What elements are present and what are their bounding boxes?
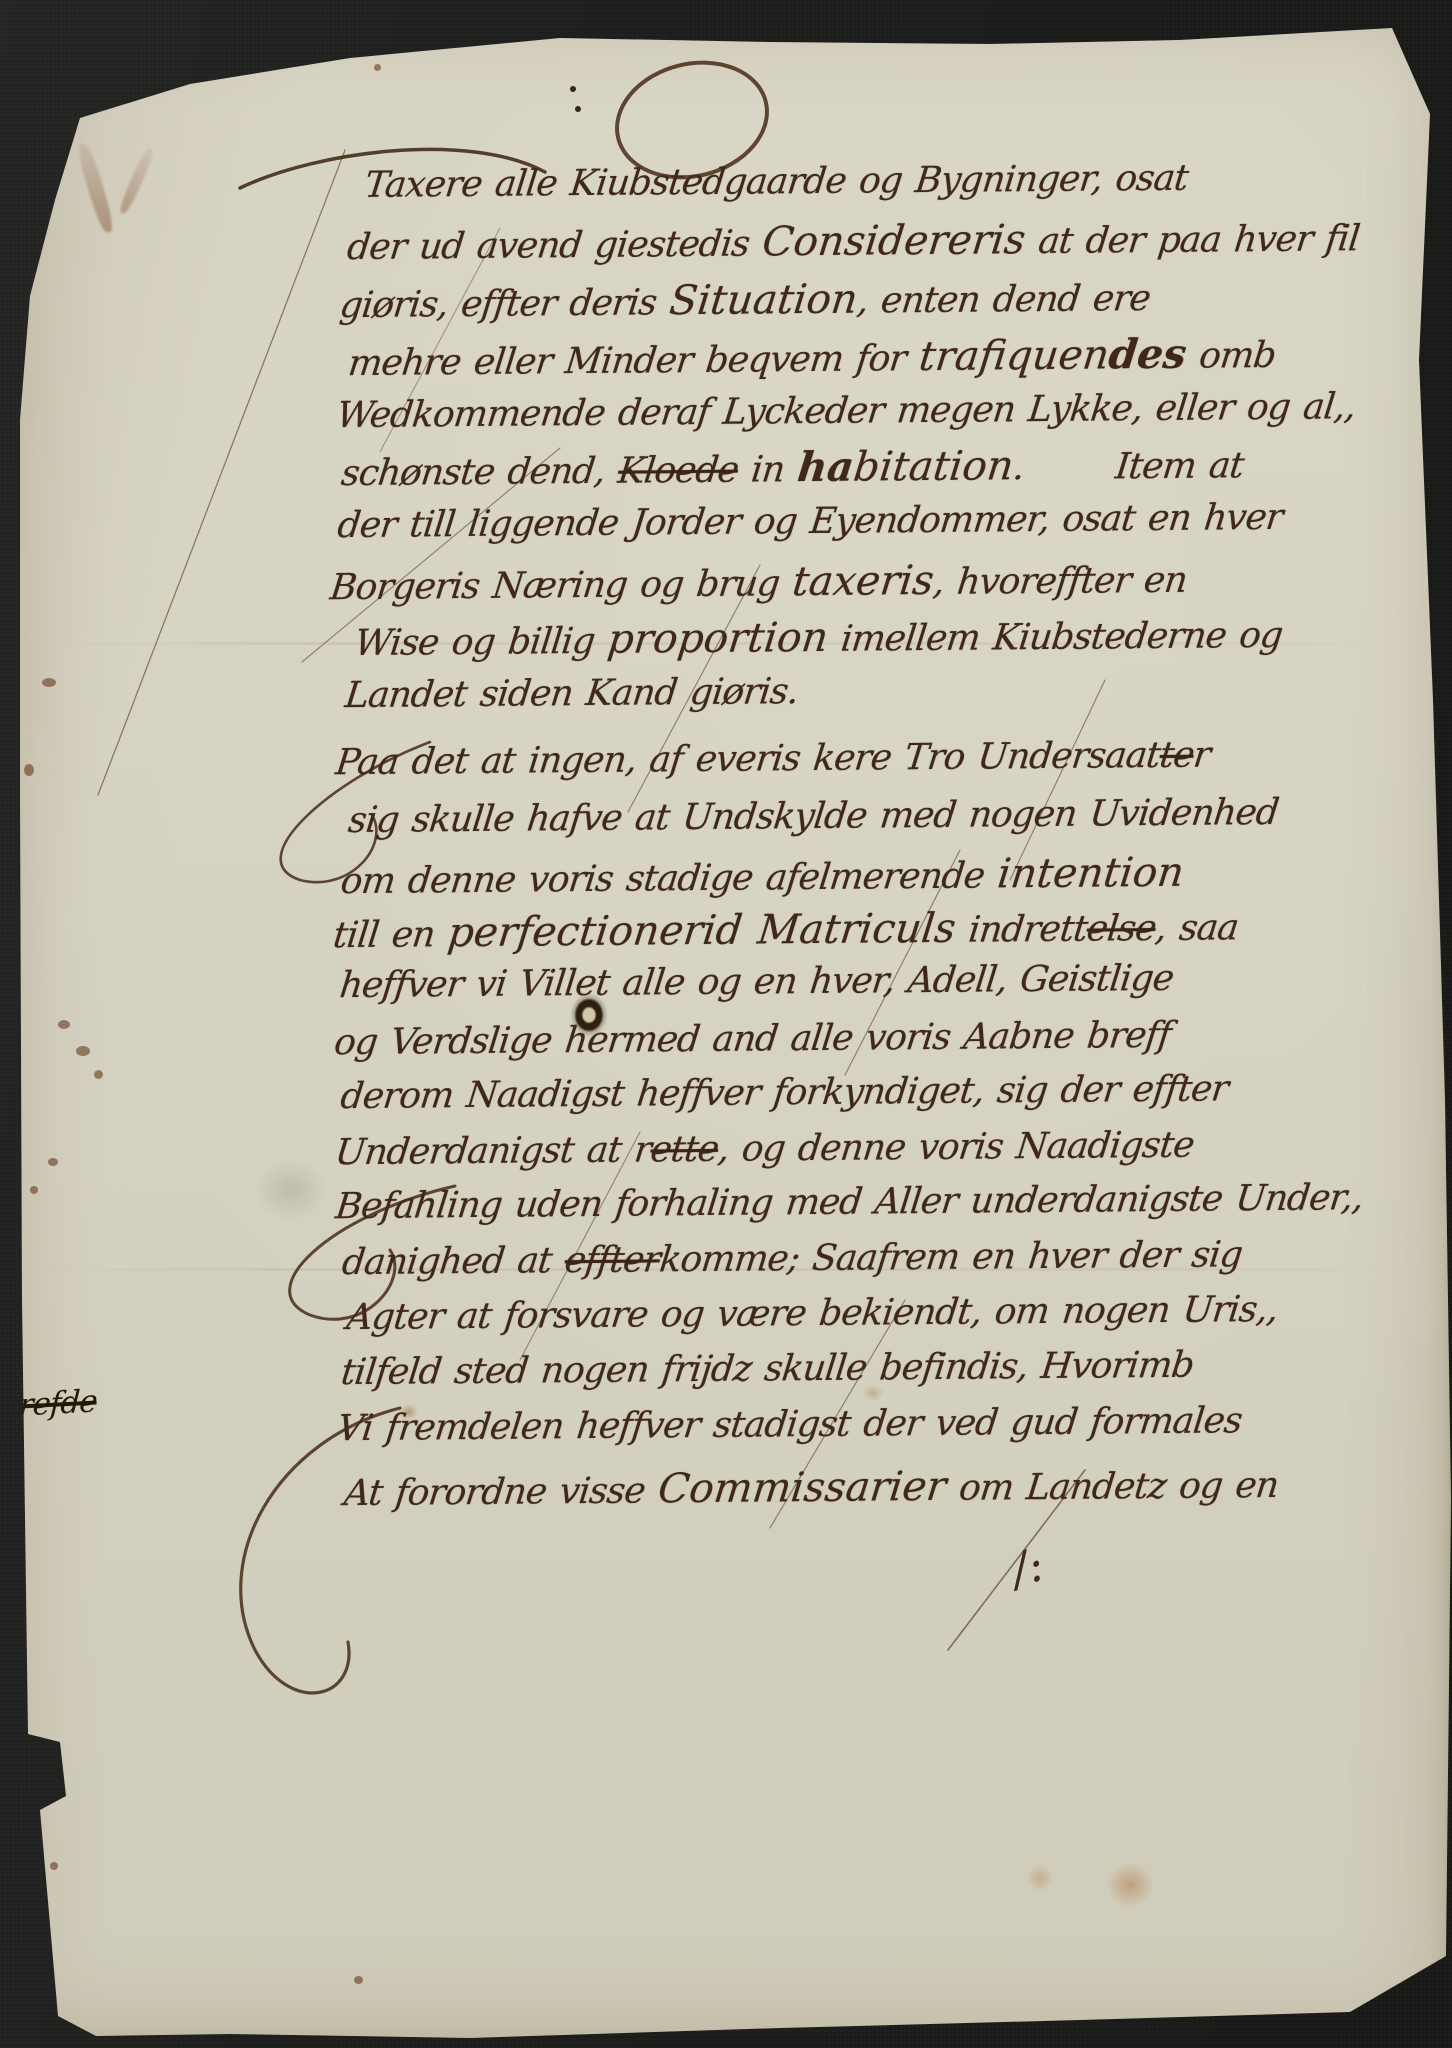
manuscript-text: Agter at forsvare og være bekiendt, om n… bbox=[344, 1289, 1279, 1338]
manuscript-text: Considereris bbox=[760, 215, 1028, 265]
manuscript-text: Borgeris Næring og brug bbox=[328, 563, 795, 608]
manuscript-text: trafiquen bbox=[917, 330, 1112, 380]
manuscript-line: mehre eller Minder beqvem for trafiquend… bbox=[346, 333, 1278, 382]
manuscript-text: Commissarier bbox=[656, 1462, 949, 1513]
manuscript-text: proportion bbox=[605, 613, 830, 663]
stain-red-blotch bbox=[12, 176, 52, 214]
manuscript-text: omb bbox=[1184, 335, 1278, 377]
manuscript-line: sig skulle hafve at Undskylde med nogen … bbox=[346, 795, 1280, 839]
manuscript-text: om Landetz og en bbox=[944, 1465, 1281, 1509]
manuscript-line: Agter at forsvare og være bekiendt, om n… bbox=[345, 1292, 1280, 1336]
manuscript-text: Taxere alle Kiubstedgaarde og Bygninger,… bbox=[363, 158, 1190, 206]
manuscript-page: Taxere alle Kiubstedgaarde og Bygninger,… bbox=[0, 0, 1452, 2048]
manuscript-text: Paa det at ingen, af everis kere Tro Und… bbox=[334, 735, 1163, 783]
manuscript-text: Landet siden Kand giøris. bbox=[343, 671, 800, 716]
manuscript-text: Item at bbox=[1113, 445, 1245, 487]
manuscript-line: danighed at effterkomme; Saafrem en hver… bbox=[340, 1237, 1244, 1281]
struck-word: else bbox=[1085, 908, 1158, 950]
manuscript-text: taxeris bbox=[790, 556, 936, 605]
manuscript-text: indrett bbox=[953, 909, 1089, 951]
manuscript-line: Landet siden Kand giøris. bbox=[343, 674, 800, 714]
manuscript-text: Befahling uden forhaling med Aller under… bbox=[333, 1177, 1365, 1227]
manuscript-text: , og denne voris Naadigste bbox=[716, 1125, 1196, 1170]
manuscript-text: giøris, effter deris bbox=[338, 282, 672, 326]
manuscript-text: Vi fremdelen heffver stadigst der ved gu… bbox=[335, 1400, 1244, 1449]
manuscript-text: Wedkommende deraf Lyckeder megen Lykke, … bbox=[335, 386, 1358, 436]
manuscript-text: Wise og billig bbox=[353, 621, 611, 664]
manuscript-text: danighed at bbox=[340, 1240, 567, 1283]
text-layer: Taxere alle Kiubstedgaarde og Bygninger,… bbox=[0, 0, 1452, 2048]
struck-word: te bbox=[1157, 735, 1195, 776]
manuscript-text: Underdanigst at r bbox=[333, 1129, 653, 1173]
manuscript-text: at der paa hver fil bbox=[1023, 218, 1362, 262]
manuscript-text: des bbox=[1106, 330, 1189, 379]
struck-word: effter bbox=[563, 1239, 663, 1281]
manuscript-text: Situation bbox=[667, 275, 860, 325]
manuscript-text: der ud avend giestedis bbox=[345, 223, 765, 268]
manuscript-text: sig skulle hafve at Undskylde med nogen … bbox=[346, 792, 1280, 841]
manuscript-text: derom Naadigst heffver forkyndiget, sig … bbox=[339, 1068, 1231, 1117]
manuscript-text: heffver vi Villet alle og en hver, Adell… bbox=[338, 958, 1176, 1006]
manuscript-text: tilfeld sted nogen frijdz skulle befindi… bbox=[339, 1345, 1196, 1393]
manuscript-line: At forordne visse Commissarier om Landet… bbox=[342, 1463, 1280, 1512]
manuscript-line: Taxere alle Kiubstedgaarde og Bygninger,… bbox=[363, 161, 1190, 204]
manuscript-text: imellem Kiubstederne og bbox=[825, 615, 1284, 660]
manuscript-text: r bbox=[1191, 735, 1212, 776]
manuscript-text: till en bbox=[331, 914, 450, 956]
manuscript-line: derom Naadigst heffver forkyndiget, sig … bbox=[339, 1071, 1230, 1115]
manuscript-text: schønste dend, bbox=[339, 451, 621, 494]
struck-word: ette bbox=[648, 1129, 720, 1171]
manuscript-line: Paa det at ingen, af everis kere Tro Und… bbox=[334, 738, 1212, 782]
manuscript-text: om denne voris stadige afelmerende bbox=[339, 855, 1000, 902]
paper-hole bbox=[129, 55, 138, 64]
manuscript-line: heffver vi Villet alle og en hver, Adell… bbox=[338, 961, 1175, 1004]
manuscript-line: der till liggende Jorder og Eyendommer, … bbox=[336, 500, 1284, 544]
manuscript-line: till en perfectionerid Matriculs indrett… bbox=[331, 905, 1240, 954]
manuscript-text bbox=[1022, 478, 1114, 479]
manuscript-line: Underdanigst at rette, og denne voris Na… bbox=[333, 1128, 1195, 1172]
manuscript-text: og Verdslige hermed and alle voris Aabne… bbox=[332, 1015, 1173, 1063]
manuscript-line: Vi fremdelen heffver stadigst der ved gu… bbox=[336, 1403, 1244, 1447]
manuscript-line: schønste dend, Kloede in habitation.Item… bbox=[339, 443, 1245, 492]
manuscript-line: der ud avend giestedis Considereris at d… bbox=[345, 216, 1361, 266]
manuscript-text: , enten dend ere bbox=[855, 278, 1152, 322]
margin-note: drefde bbox=[0, 1383, 98, 1424]
manuscript-text: in bbox=[736, 449, 800, 491]
manuscript-line: giøris, effter deris Situation, enten de… bbox=[338, 276, 1153, 324]
manuscript-text: mehre eller Minder beqvem for bbox=[346, 338, 921, 384]
manuscript-line: Wedkommende deraf Lyckeder megen Lykke, … bbox=[335, 389, 1357, 434]
manuscript-line: og Verdslige hermed and alle voris Aabne… bbox=[332, 1018, 1172, 1061]
manuscript-line: Wise og billig proportion imellem Kiubst… bbox=[353, 613, 1285, 662]
manuscript-text: komme; Saafrem en hver der sig bbox=[657, 1234, 1244, 1280]
manuscript-text: bitation bbox=[851, 441, 1016, 490]
manuscript-text: , saa bbox=[1153, 907, 1240, 949]
manuscript-line: Borgeris Næring og brug taxeris, hvoreff… bbox=[328, 558, 1189, 607]
manuscript-text: At forordne visse bbox=[342, 1470, 661, 1514]
manuscript-text: ha bbox=[795, 443, 856, 492]
manuscript-line: om denne voris stadige afelmerende inten… bbox=[339, 852, 1186, 900]
manuscript-line: Befahling uden forhaling med Aller under… bbox=[334, 1180, 1365, 1225]
struck-word: Kloede bbox=[616, 450, 740, 492]
manuscript-text: , hvoreffter en bbox=[931, 560, 1189, 603]
manuscript-text: intention bbox=[995, 848, 1186, 898]
manuscript-text: der till liggende Jorder og Eyendommer, … bbox=[336, 497, 1285, 546]
stain-speck bbox=[36, 1786, 56, 1798]
manuscript-text: perfectionerid Matriculs bbox=[445, 904, 958, 956]
scan-background: Taxere alle Kiubstedgaarde og Bygninger,… bbox=[0, 0, 1452, 2048]
manuscript-line: tilfeld sted nogen frijdz skulle befindi… bbox=[339, 1348, 1195, 1391]
